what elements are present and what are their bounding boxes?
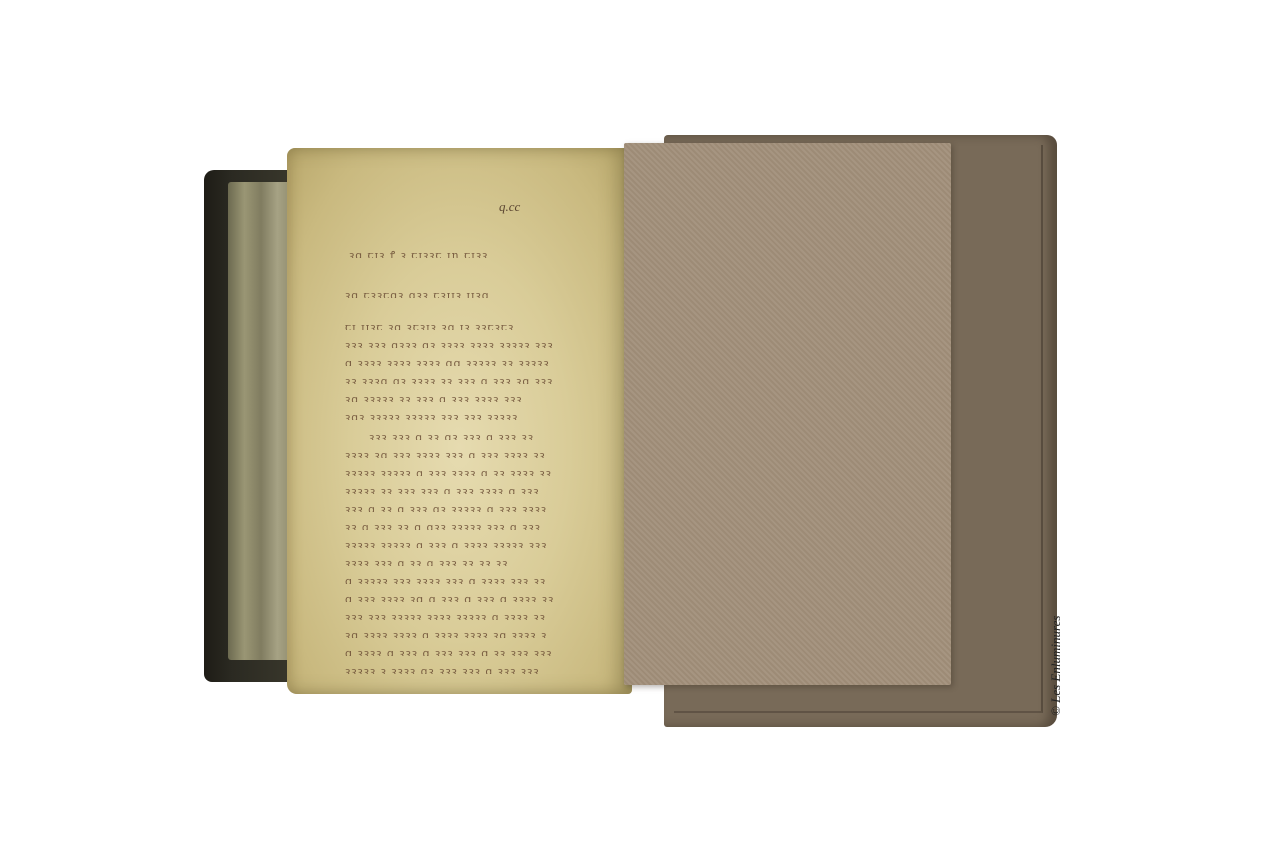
text-line: ꞇꞁ ꞁꞁꝛꞇ ꝛꝗ ꝛꞇꝛꞁꝛ ꝛꝗ ꞁꝛ ꝛꝛꞇꝛꞇꝛ xyxy=(345,320,618,330)
text-line: ꝗ ꝛꝛꝛꝛ ꝛꝛꝛꝛ ꝛꝛꝛꝛ ꝗꝗ ꝛꝛꝛꝛꝛ ꝛꝛ ꝛꝛꝛꝛꝛ xyxy=(345,356,618,366)
text-line: ꝛꝛꝛꝛꝛ ꝛꝛꝛꝛꝛ ꝗ ꝛꝛꝛ ꝛꝛꝛꝛ ꝗ ꝛꝛ ꝛꝛꝛꝛ ꝛꝛ xyxy=(345,466,618,476)
manuscript-page: q.cc ꝛꝗ ꞇꞁꝛ ꝭ ꝛ ꞇꞁꝛꝛꞇ ꞁꞃ ꞇꞁꝛꝛ ꝛꝗ ꞇꝛꝛꞇꝗꝛ … xyxy=(287,148,632,694)
text-line: ꝛꝛꝛ ꝛꝛꝛ ꝗ ꝛꝛ ꝗꝛ ꝛꝛꝛ ꝗ ꝛꝛꝛ ꝛꝛ xyxy=(369,430,618,440)
text-line: ꝗ ꝛꝛꝛ ꝛꝛꝛꝛ ꝛꝗ ꝗ ꝛꝛꝛ ꝗ ꝛꝛꝛ ꝗ ꝛꝛꝛꝛ ꝛꝛ xyxy=(345,592,618,602)
text-line: ꝛꝛꝛ ꝛꝛꝛ ꝗꝛꝛꝛ ꝗꝛ ꝛꝛꝛꝛ ꝛꝛꝛꝛ ꝛꝛꝛꝛꝛ ꝛꝛꝛ xyxy=(345,338,618,348)
text-line: ꝛꝛꝛꝛꝛ ꝛ ꝛꝛꝛꝛ ꝗꝛ ꝛꝛꝛ ꝛꝛꝛ ꝗ ꝛꝛꝛ ꝛꝛꝛ xyxy=(345,664,618,674)
text-line: ꝛꝛꝛꝛꝛ ꝛꝛꝛꝛꝛ ꝗ ꝛꝛꝛ ꝗ ꝛꝛꝛꝛ ꝛꝛꝛꝛꝛ ꝛꝛꝛ xyxy=(345,538,618,548)
text-line: ꝛꝛꝛꝛ ꝛꝛꝛ ꝗ ꝛꝛ ꝗ ꝛꝛꝛ ꝛꝛ ꝛꝛ ꝛꝛ xyxy=(345,556,618,566)
manuscript-photo: q.cc ꝛꝗ ꞇꞁꝛ ꝭ ꝛ ꞇꞁꝛꝛꞇ ꞁꞃ ꞇꞁꝛꝛ ꝛꝗ ꞇꝛꝛꞇꝗꝛ … xyxy=(0,0,1280,860)
folio-mark: q.cc xyxy=(499,199,520,215)
text-line: ꝛꝗꝛ ꝛꝛꝛꝛꝛ ꝛꝛꝛꝛꝛ ꝛꝛꝛ ꝛꝛꝛ ꝛꝛꝛꝛꝛ xyxy=(345,410,618,420)
text-line: ꝛꝗ ꞇꝛꝛꞇꝗꝛ ꝗꝛꝛ ꞇꝛꞁꞁꝛ ꞁꞁꝛꝗ xyxy=(345,288,618,298)
text-line: ꝛꝛ ꝛꝛꝛꝗ ꝗꝛ ꝛꝛꝛꝛ ꝛꝛ ꝛꝛꝛ ꝗ ꝛꝛꝛ ꝛꝗ ꝛꝛꝛ xyxy=(345,374,618,384)
text-line: ꝛꝛꝛꝛ ꝛꝗ ꝛꝛꝛ ꝛꝛꝛꝛ ꝛꝛꝛ ꝗ ꝛꝛꝛ ꝛꝛꝛꝛ ꝛꝛ xyxy=(345,448,618,458)
text-line: ꝛꝛꝛꝛꝛ ꝛꝛ ꝛꝛꝛ ꝛꝛꝛ ꝗ ꝛꝛꝛ ꝛꝛꝛꝛ ꝗ ꝛꝛꝛ xyxy=(345,484,618,494)
text-line: ꝗ ꝛꝛꝛꝛꝛ ꝛꝛꝛ ꝛꝛꝛꝛ ꝛꝛꝛ ꝗ ꝛꝛꝛꝛ ꝛꝛꝛ ꝛꝛ xyxy=(345,574,618,584)
cloth-case-flap xyxy=(624,143,951,685)
text-line: ꝛꝛꝛ ꝗ ꝛꝛ ꝗ ꝛꝛꝛ ꝗꝛ ꝛꝛꝛꝛꝛ ꝗ ꝛꝛꝛ ꝛꝛꝛꝛ xyxy=(345,502,618,512)
text-line: ꝛꝛ ꝗ ꝛꝛꝛ ꝛꝛ ꝗ ꝗꝛꝛ ꝛꝛꝛꝛꝛ ꝛꝛꝛ ꝗ ꝛꝛꝛ xyxy=(345,520,618,530)
text-block-edge xyxy=(228,182,294,660)
text-line: ꝛꝗ ꝛꝛꝛꝛꝛ ꝛꝛ ꝛꝛꝛ ꝗ ꝛꝛꝛ ꝛꝛꝛꝛ ꝛꝛꝛ xyxy=(345,392,618,402)
text-line: ꝛꝗ ꝛꝛꝛꝛ ꝛꝛꝛꝛ ꝗ ꝛꝛꝛꝛ ꝛꝛꝛꝛ ꝛꝗ ꝛꝛꝛꝛ ꝛ xyxy=(345,628,618,638)
photo-credit: © Les Enluminures xyxy=(1048,616,1064,716)
text-line: ꝛꝛꝛ ꝛꝛꝛ ꝛꝛꝛꝛꝛ ꝛꝛꝛꝛ ꝛꝛꝛꝛꝛ ꝗ ꝛꝛꝛꝛ ꝛꝛ xyxy=(345,610,618,620)
text-line: ꝛꝗ ꞇꞁꝛ ꝭ ꝛ ꞇꞁꝛꝛꞇ ꞁꞃ ꞇꞁꝛꝛ xyxy=(349,248,618,258)
text-line: ꝗ ꝛꝛꝛꝛ ꝗ ꝛꝛꝛ ꝗ ꝛꝛꝛ ꝛꝛꝛ ꝗ ꝛꝛ ꝛꝛꝛ ꝛꝛꝛ xyxy=(345,646,618,656)
